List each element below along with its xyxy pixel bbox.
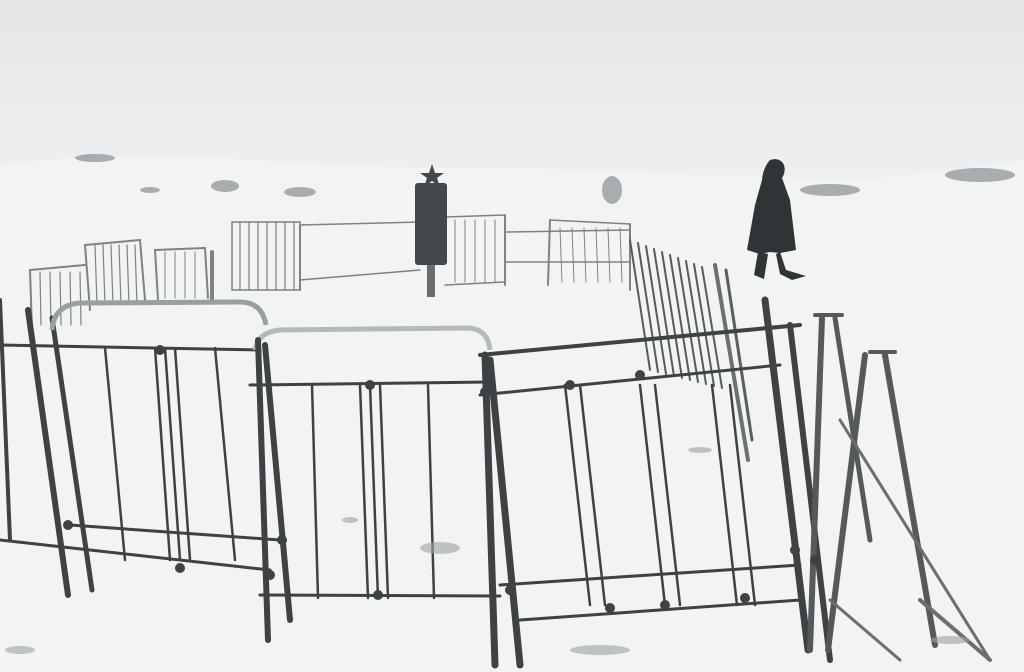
fence-knob: [790, 545, 800, 555]
fence-knob: [505, 585, 515, 595]
photograph: [0, 0, 1024, 672]
fence-knob: [740, 593, 750, 603]
fence-knob: [605, 603, 615, 613]
drift-patch: [602, 176, 622, 204]
snow-mark: [342, 517, 358, 523]
marker-post: [427, 262, 435, 297]
drift-patch: [140, 187, 160, 193]
fence-knob: [63, 520, 73, 530]
fence-knob: [660, 600, 670, 610]
snow-scene: [0, 0, 1024, 672]
fence-knob: [810, 555, 820, 565]
fence-knob: [365, 380, 375, 390]
fence-knob: [155, 345, 165, 355]
drift-patch: [284, 187, 316, 197]
drift-patch: [211, 180, 239, 192]
snow-mark: [5, 646, 35, 654]
fence-knob: [635, 370, 645, 380]
drift-patch: [945, 168, 1015, 182]
snow-mark: [570, 645, 630, 655]
fence-knob: [175, 563, 185, 573]
snow-mark: [688, 447, 712, 453]
fence-knob: [565, 380, 575, 390]
grave-marker: [415, 183, 447, 265]
snow-mark: [420, 542, 460, 554]
fence-knob: [265, 570, 275, 580]
drift-patch: [800, 184, 860, 196]
fence-knob: [373, 590, 383, 600]
fence-knob: [277, 535, 287, 545]
snow-mark: [930, 636, 970, 644]
fence-knob: [480, 387, 490, 397]
drift-patch: [75, 154, 115, 162]
